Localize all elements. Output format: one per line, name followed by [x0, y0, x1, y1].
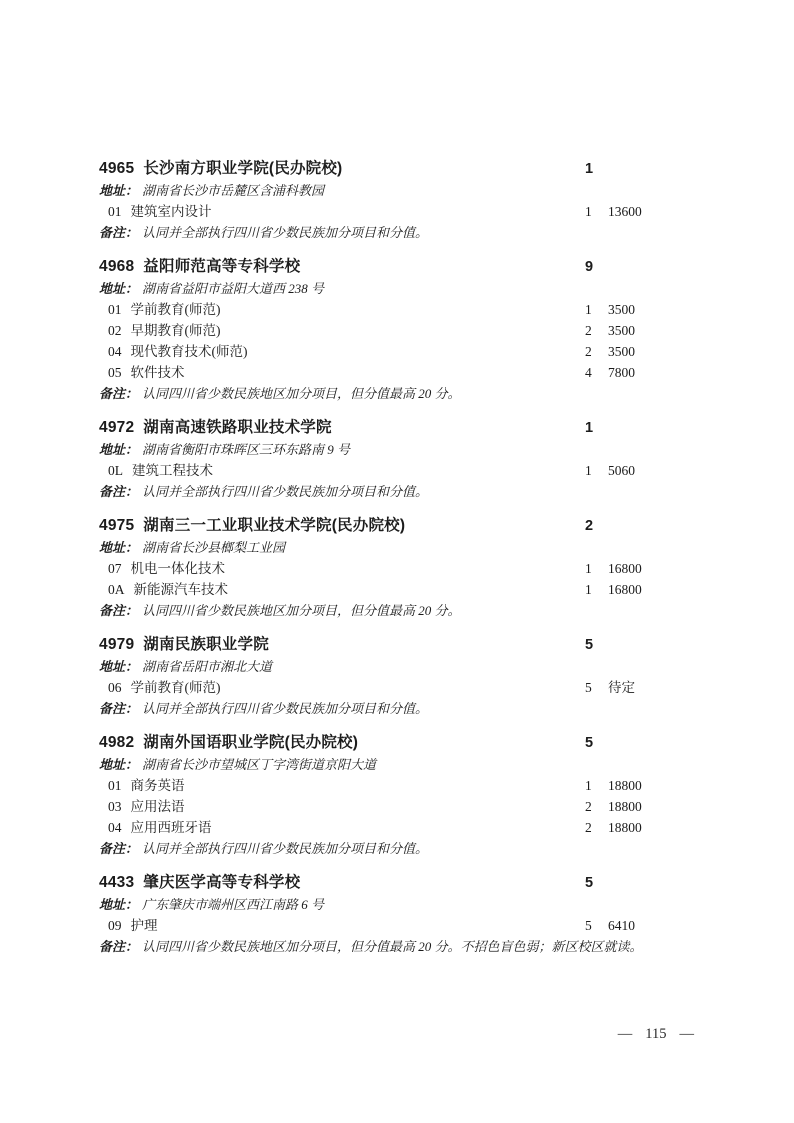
major-fee: 13600 — [608, 201, 661, 222]
remark-text: 认同并全部执行四川省少数民族加分项目和分值。 — [142, 484, 428, 499]
major-list: 01学前教育(师范) 1 3500 02早期教育(师范) 2 3500 04现代… — [99, 299, 661, 383]
major-count: 1 — [585, 299, 608, 320]
major-main: 01商务英语 — [99, 775, 585, 796]
major-main: 01学前教育(师范) — [99, 299, 585, 320]
page-number: 115 — [645, 1024, 666, 1045]
school-code: 4979 — [99, 636, 134, 653]
school-block: 4979湖南民族职业学院 5 地址：湖南省岳阳市湘北大道 06学前教育(师范) … — [99, 634, 661, 719]
address-line: 地址：湖南省衡阳市珠晖区三环东路南 9 号 — [99, 439, 661, 460]
major-main: 06学前教育(师范) — [99, 677, 585, 698]
major-code: 01 — [108, 302, 122, 317]
major-row: 02早期教育(师范) 2 3500 — [99, 320, 661, 341]
school-header: 4965长沙南方职业学院(民办院校) 1 — [99, 158, 661, 180]
school-block: 4433肇庆医学高等专科学校 5 地址：广东肇庆市端州区西江南路 6 号 09护… — [99, 872, 661, 957]
remark-text: 认同四川省少数民族地区加分项目，但分值最高 20 分。 — [142, 603, 461, 618]
major-main: 04应用西班牙语 — [99, 817, 585, 838]
major-code: 01 — [108, 204, 122, 219]
major-name: 护理 — [131, 918, 158, 933]
remark-label: 备注： — [99, 484, 138, 499]
major-main: 04现代教育技术(师范) — [99, 341, 585, 362]
remark-line: 备注：认同并全部执行四川省少数民族加分项目和分值。 — [99, 838, 661, 859]
address-line: 地址：湖南省岳阳市湘北大道 — [99, 656, 661, 677]
major-row: 07机电一体化技术 1 16800 — [99, 558, 661, 579]
major-name: 应用西班牙语 — [131, 820, 212, 835]
major-list: 0L建筑工程技术 1 5060 — [99, 460, 661, 481]
remark-line: 备注：认同四川省少数民族地区加分项目，但分值最高 20 分。 — [99, 600, 661, 621]
major-code: 01 — [108, 778, 122, 793]
school-name: 湖南高速铁路职业技术学院 — [143, 419, 331, 436]
address-text: 广东肇庆市端州区西江南路 6 号 — [142, 897, 324, 912]
remark-line: 备注：认同并全部执行四川省少数民族加分项目和分值。 — [99, 698, 661, 719]
major-name: 早期教育(师范) — [131, 323, 221, 338]
major-code: 07 — [108, 561, 122, 576]
school-total-count: 5 — [585, 873, 608, 894]
address-label: 地址： — [99, 442, 138, 457]
address-line: 地址：广东肇庆市端州区西江南路 6 号 — [99, 894, 661, 915]
major-fee: 3500 — [608, 299, 661, 320]
address-label: 地址： — [99, 897, 138, 912]
school-total-count: 9 — [585, 257, 608, 278]
remark-line: 备注：认同并全部执行四川省少数民族加分项目和分值。 — [99, 222, 661, 243]
school-total-count: 5 — [585, 733, 608, 754]
major-row: 01学前教育(师范) 1 3500 — [99, 299, 661, 320]
major-row: 09护理 5 6410 — [99, 915, 661, 936]
major-row: 05软件技术 4 7800 — [99, 362, 661, 383]
remark-line: 备注：认同四川省少数民族地区加分项目，但分值最高 20 分。不招色盲色弱；新区校… — [99, 936, 661, 957]
major-count: 2 — [585, 796, 608, 817]
address-label: 地址： — [99, 757, 138, 772]
major-fee: 18800 — [608, 796, 661, 817]
school-code: 4975 — [99, 517, 134, 534]
major-count: 1 — [585, 460, 608, 481]
major-count: 5 — [585, 915, 608, 936]
major-main: 0A新能源汽车技术 — [99, 579, 585, 600]
remark-label: 备注： — [99, 841, 138, 856]
major-fee: 待定 — [608, 677, 661, 698]
address-text: 湖南省衡阳市珠晖区三环东路南 9 号 — [142, 442, 350, 457]
address-label: 地址： — [99, 659, 138, 674]
school-name: 湖南外国语职业学院(民办院校) — [143, 734, 358, 751]
major-count: 5 — [585, 677, 608, 698]
major-row: 01建筑室内设计 1 13600 — [99, 201, 661, 222]
document-page: 4965长沙南方职业学院(民办院校) 1 地址：湖南省长沙市岳麓区含浦科教园 0… — [0, 0, 794, 1123]
school-name: 长沙南方职业学院(民办院校) — [143, 160, 342, 177]
school-title: 4965长沙南方职业学院(民办院校) — [99, 158, 585, 179]
major-name: 现代教育技术(师范) — [131, 344, 248, 359]
major-code: 04 — [108, 344, 122, 359]
school-total-count: 2 — [585, 516, 608, 537]
major-main: 01建筑室内设计 — [99, 201, 585, 222]
remark-line: 备注：认同四川省少数民族地区加分项目，但分值最高 20 分。 — [99, 383, 661, 404]
major-code: 05 — [108, 365, 122, 380]
major-code: 0A — [108, 582, 125, 597]
address-text: 湖南省长沙市望城区丁字湾街道京阳大道 — [142, 757, 376, 772]
remark-label: 备注： — [99, 603, 138, 618]
major-count: 1 — [585, 558, 608, 579]
school-block: 4968益阳师范高等专科学校 9 地址：湖南省益阳市益阳大道西 238 号 01… — [99, 256, 661, 404]
school-total-count: 5 — [585, 635, 608, 656]
major-code: 09 — [108, 918, 122, 933]
school-block: 4972湖南高速铁路职业技术学院 1 地址：湖南省衡阳市珠晖区三环东路南 9 号… — [99, 417, 661, 502]
major-fee: 18800 — [608, 817, 661, 838]
major-code: 03 — [108, 799, 122, 814]
major-fee: 3500 — [608, 341, 661, 362]
address-text: 湖南省长沙县榔梨工业园 — [142, 540, 285, 555]
major-name: 机电一体化技术 — [131, 561, 226, 576]
remark-text: 认同并全部执行四川省少数民族加分项目和分值。 — [142, 841, 428, 856]
major-list: 06学前教育(师范) 5 待定 — [99, 677, 661, 698]
school-code: 4968 — [99, 258, 134, 275]
address-line: 地址：湖南省长沙市岳麓区含浦科教园 — [99, 180, 661, 201]
school-title: 4972湖南高速铁路职业技术学院 — [99, 417, 585, 438]
major-name: 建筑室内设计 — [131, 204, 212, 219]
major-main: 09护理 — [99, 915, 585, 936]
major-main: 05软件技术 — [99, 362, 585, 383]
school-block: 4975湖南三一工业职业技术学院(民办院校) 2 地址：湖南省长沙县榔梨工业园 … — [99, 515, 661, 621]
major-count: 2 — [585, 341, 608, 362]
school-code: 4982 — [99, 734, 134, 751]
school-name: 湖南民族职业学院 — [143, 636, 269, 653]
address-line: 地址：湖南省长沙县榔梨工业园 — [99, 537, 661, 558]
major-code: 0L — [108, 463, 123, 478]
remark-text: 认同四川省少数民族地区加分项目，但分值最高 20 分。不招色盲色弱；新区校区就读… — [142, 939, 643, 954]
major-list: 01商务英语 1 18800 03应用法语 2 18800 04应用西班牙语 2… — [99, 775, 661, 838]
major-row: 01商务英语 1 18800 — [99, 775, 661, 796]
major-name: 学前教育(师范) — [131, 680, 221, 695]
remark-line: 备注：认同并全部执行四川省少数民族加分项目和分值。 — [99, 481, 661, 502]
school-name: 益阳师范高等专科学校 — [143, 258, 300, 275]
address-line: 地址：湖南省益阳市益阳大道西 238 号 — [99, 278, 661, 299]
school-total-count: 1 — [585, 159, 608, 180]
major-name: 新能源汽车技术 — [134, 582, 229, 597]
address-label: 地址： — [99, 540, 138, 555]
major-code: 06 — [108, 680, 122, 695]
major-row: 04应用西班牙语 2 18800 — [99, 817, 661, 838]
major-count: 2 — [585, 817, 608, 838]
school-list: 4965长沙南方职业学院(民办院校) 1 地址：湖南省长沙市岳麓区含浦科教园 0… — [99, 158, 661, 970]
major-main: 0L建筑工程技术 — [99, 460, 585, 481]
school-block: 4982湖南外国语职业学院(民办院校) 5 地址：湖南省长沙市望城区丁字湾街道京… — [99, 732, 661, 859]
address-text: 湖南省长沙市岳麓区含浦科教园 — [142, 183, 324, 198]
major-name: 应用法语 — [131, 799, 185, 814]
major-count: 1 — [585, 201, 608, 222]
remark-text: 认同并全部执行四川省少数民族加分项目和分值。 — [142, 225, 428, 240]
remark-label: 备注： — [99, 939, 138, 954]
major-code: 04 — [108, 820, 122, 835]
major-main: 07机电一体化技术 — [99, 558, 585, 579]
school-header: 4979湖南民族职业学院 5 — [99, 634, 661, 656]
school-block: 4965长沙南方职业学院(民办院校) 1 地址：湖南省长沙市岳麓区含浦科教园 0… — [99, 158, 661, 243]
school-code: 4433 — [99, 874, 134, 891]
remark-text: 认同四川省少数民族地区加分项目，但分值最高 20 分。 — [142, 386, 461, 401]
major-name: 软件技术 — [131, 365, 185, 380]
major-row: 0A新能源汽车技术 1 16800 — [99, 579, 661, 600]
school-header: 4968益阳师范高等专科学校 9 — [99, 256, 661, 278]
major-fee: 16800 — [608, 558, 661, 579]
major-fee: 3500 — [608, 320, 661, 341]
major-count: 1 — [585, 775, 608, 796]
footer-dash-right: — — [680, 1024, 695, 1045]
major-row: 06学前教育(师范) 5 待定 — [99, 677, 661, 698]
major-code: 02 — [108, 323, 122, 338]
address-line: 地址：湖南省长沙市望城区丁字湾街道京阳大道 — [99, 754, 661, 775]
school-title: 4982湖南外国语职业学院(民办院校) — [99, 732, 585, 753]
school-title: 4433肇庆医学高等专科学校 — [99, 872, 585, 893]
school-code: 4972 — [99, 419, 134, 436]
school-header: 4433肇庆医学高等专科学校 5 — [99, 872, 661, 894]
school-name: 湖南三一工业职业技术学院(民办院校) — [143, 517, 405, 534]
major-name: 学前教育(师范) — [131, 302, 221, 317]
major-main: 03应用法语 — [99, 796, 585, 817]
school-title: 4979湖南民族职业学院 — [99, 634, 585, 655]
major-row: 04现代教育技术(师范) 2 3500 — [99, 341, 661, 362]
school-total-count: 1 — [585, 418, 608, 439]
major-list: 01建筑室内设计 1 13600 — [99, 201, 661, 222]
major-count: 1 — [585, 579, 608, 600]
major-list: 09护理 5 6410 — [99, 915, 661, 936]
school-header: 4972湖南高速铁路职业技术学院 1 — [99, 417, 661, 439]
major-main: 02早期教育(师范) — [99, 320, 585, 341]
school-header: 4982湖南外国语职业学院(民办院校) 5 — [99, 732, 661, 754]
major-fee: 16800 — [608, 579, 661, 600]
page-footer: — 115 — — [618, 1024, 694, 1045]
school-name: 肇庆医学高等专科学校 — [143, 874, 300, 891]
major-list: 07机电一体化技术 1 16800 0A新能源汽车技术 1 16800 — [99, 558, 661, 600]
major-count: 4 — [585, 362, 608, 383]
school-title: 4968益阳师范高等专科学校 — [99, 256, 585, 277]
major-fee: 7800 — [608, 362, 661, 383]
remark-label: 备注： — [99, 386, 138, 401]
school-header: 4975湖南三一工业职业技术学院(民办院校) 2 — [99, 515, 661, 537]
major-row: 0L建筑工程技术 1 5060 — [99, 460, 661, 481]
major-row: 03应用法语 2 18800 — [99, 796, 661, 817]
address-text: 湖南省益阳市益阳大道西 238 号 — [142, 281, 324, 296]
major-count: 2 — [585, 320, 608, 341]
remark-text: 认同并全部执行四川省少数民族加分项目和分值。 — [142, 701, 428, 716]
remark-label: 备注： — [99, 225, 138, 240]
address-text: 湖南省岳阳市湘北大道 — [142, 659, 272, 674]
address-label: 地址： — [99, 281, 138, 296]
major-name: 建筑工程技术 — [132, 463, 213, 478]
major-fee: 18800 — [608, 775, 661, 796]
remark-label: 备注： — [99, 701, 138, 716]
footer-dash-left: — — [618, 1024, 633, 1045]
school-title: 4975湖南三一工业职业技术学院(民办院校) — [99, 515, 585, 536]
major-fee: 6410 — [608, 915, 661, 936]
school-code: 4965 — [99, 160, 134, 177]
major-name: 商务英语 — [131, 778, 185, 793]
address-label: 地址： — [99, 183, 138, 198]
major-fee: 5060 — [608, 460, 661, 481]
